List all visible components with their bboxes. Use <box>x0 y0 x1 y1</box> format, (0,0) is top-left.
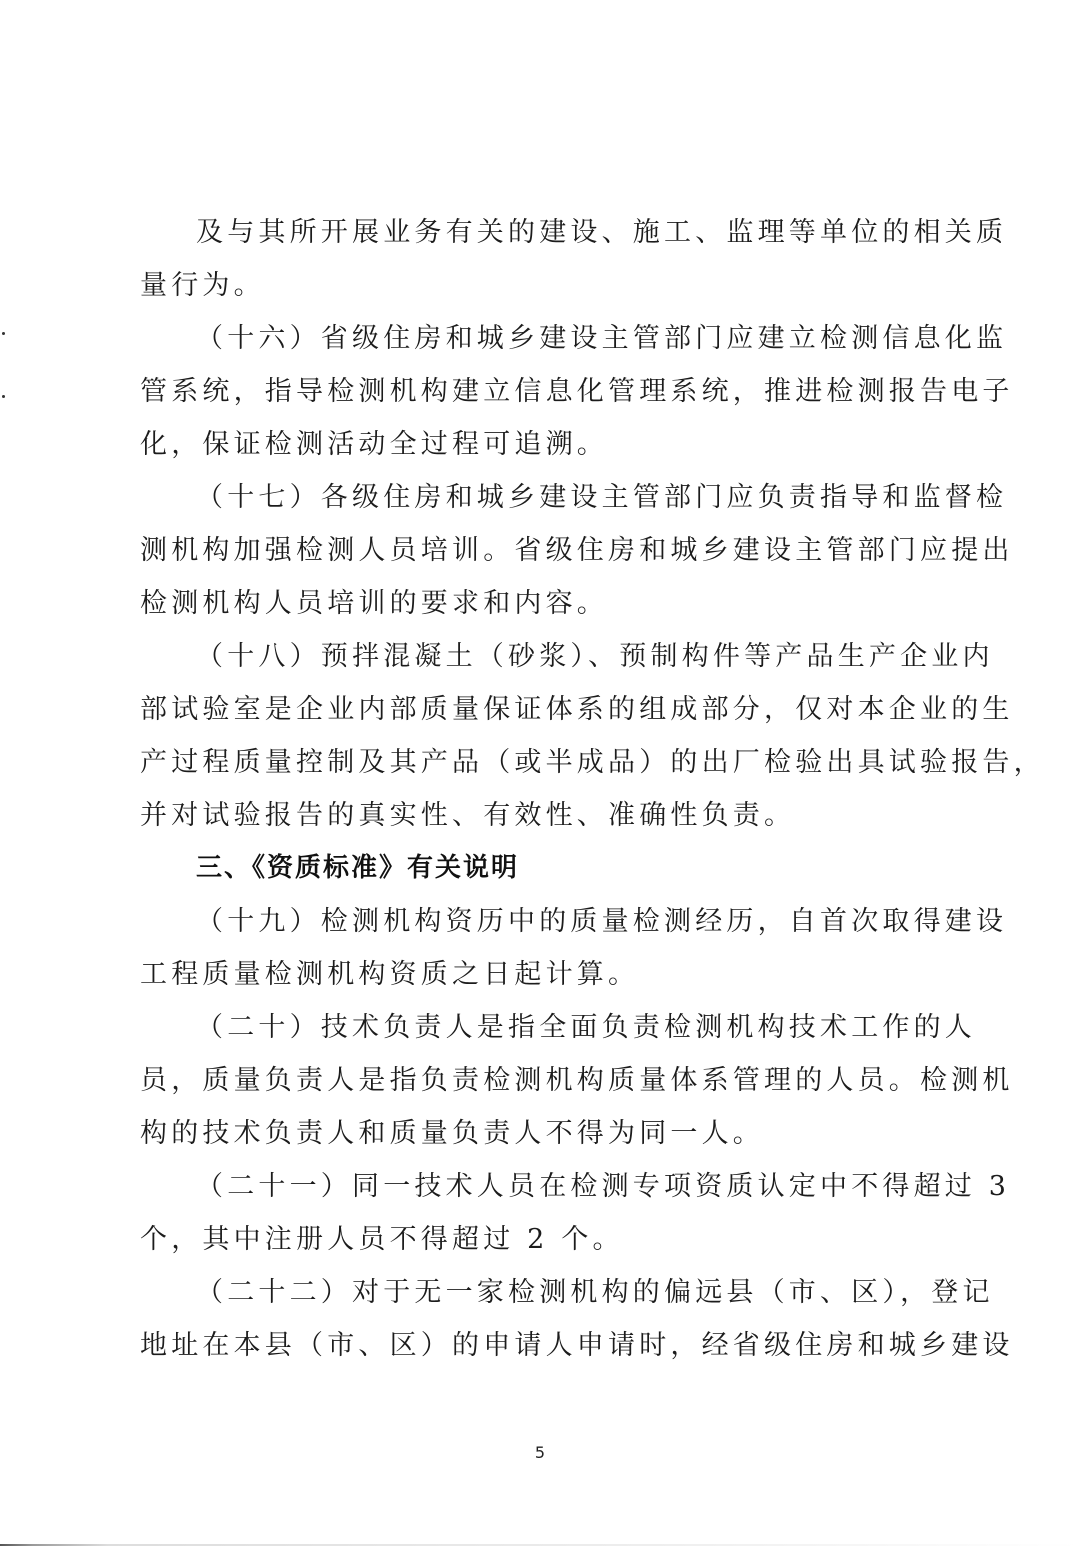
paragraph-18-start: （十八）预拌混凝土（砂浆）、预制构件等产品生产企业内 <box>140 630 966 683</box>
body-text: 及与其所开展业务有关的建设、施工、监理等单位的相关质 量行为。 （十六）省级住房… <box>140 206 966 1372</box>
text-line: 及与其所开展业务有关的建设、施工、监理等单位的相关质 <box>140 206 966 259</box>
text-line: 化，保证检测活动全过程可追溯。 <box>140 418 966 471</box>
text-line: 员，质量负责人是指负责检测机构质量体系管理的人员。检测机 <box>140 1054 966 1107</box>
margin-mark <box>2 332 5 335</box>
paragraph-21-start: （二十一）同一技术人员在检测专项资质认定中不得超过 3 <box>140 1160 966 1213</box>
paragraph-19-start: （十九）检测机构资历中的质量检测经历，自首次取得建设 <box>140 895 966 948</box>
paragraph-22-start: （二十二）对于无一家检测机构的偏远县（市、区），登记 <box>140 1266 966 1319</box>
text-line: 测机构加强检测人员培训。省级住房和城乡建设主管部门应提出 <box>140 524 966 577</box>
text-line: 量行为。 <box>140 259 966 312</box>
document-page: 及与其所开展业务有关的建设、施工、监理等单位的相关质 量行为。 （十六）省级住房… <box>0 0 1080 1546</box>
text-line: 构的技术负责人和质量负责人不得为同一人。 <box>140 1107 966 1160</box>
paragraph-20-start: （二十）技术负责人是指全面负责检测机构技术工作的人 <box>140 1001 966 1054</box>
paragraph-16-start: （十六）省级住房和城乡建设主管部门应建立检测信息化监 <box>140 312 966 365</box>
text-line: 产过程质量控制及其产品（或半成品）的出厂检验出具试验报告， <box>140 736 966 789</box>
text-line: 并对试验报告的真实性、有效性、准确性负责。 <box>140 789 966 842</box>
section-heading: 三、《资质标准》有关说明 <box>140 842 966 895</box>
margin-mark <box>2 395 5 398</box>
page-number: 5 <box>535 1443 545 1462</box>
paragraph-17-start: （十七）各级住房和城乡建设主管部门应负责指导和监督检 <box>140 471 966 524</box>
text-line: 个，其中注册人员不得超过 2 个。 <box>140 1213 966 1266</box>
text-line: 地址在本县（市、区）的申请人申请时，经省级住房和城乡建设 <box>140 1319 966 1372</box>
text-line: 管系统，指导检测机构建立信息化管理系统，推进检测报告电子 <box>140 365 966 418</box>
text-line: 检测机构人员培训的要求和内容。 <box>140 577 966 630</box>
text-line: 部试验室是企业内部质量保证体系的组成部分，仅对本企业的生 <box>140 683 966 736</box>
text-line: 工程质量检测机构资质之日起计算。 <box>140 948 966 1001</box>
